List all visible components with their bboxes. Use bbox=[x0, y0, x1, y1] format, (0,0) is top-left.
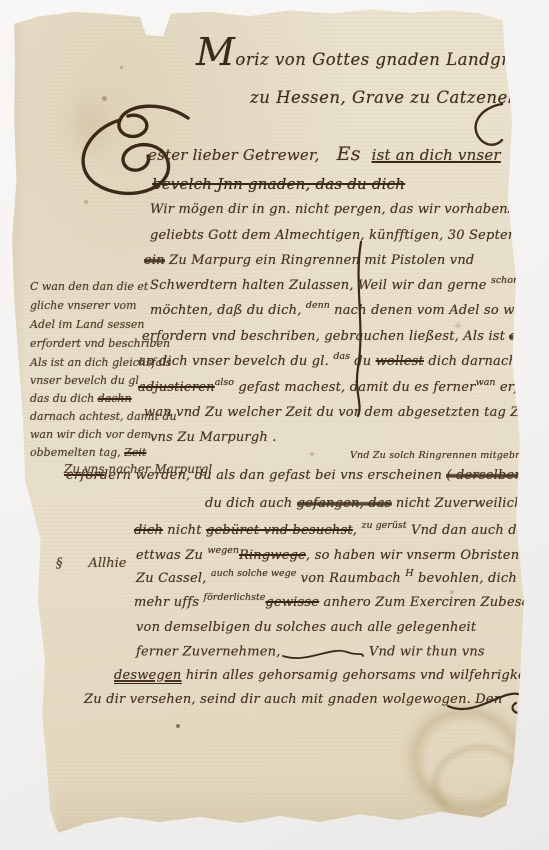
body-text: vns Zu Marpurgh . bbox=[150, 430, 277, 445]
body-text: du dich auch bbox=[205, 496, 297, 511]
header-swash-flourish bbox=[466, 100, 508, 148]
deleted-text: Ringwege bbox=[239, 548, 306, 563]
salutation-line-1: ester lieber Getrewer, Es ist an dich vn… bbox=[148, 143, 501, 165]
closing-flourish bbox=[446, 684, 538, 718]
inserted-text: förderlichste bbox=[204, 592, 266, 603]
ink-speck bbox=[455, 323, 461, 328]
deleted-text: gewisse bbox=[265, 595, 319, 610]
deletion-stroke bbox=[352, 240, 368, 418]
body-text: Zu Marpurg ein Ringrennen mit Pistolen v… bbox=[165, 253, 475, 268]
body-text: ettwas Zu bbox=[136, 548, 207, 563]
body-line: Schwerdtern halten Zulassen, Weil wir da… bbox=[150, 278, 519, 293]
bottom-edge-stain bbox=[55, 775, 505, 835]
water-stain-inner bbox=[414, 727, 541, 837]
margin-text: Als ist an dich gleichsfals bbox=[30, 356, 171, 369]
deleted-text: Zeit bbox=[124, 446, 146, 459]
margin-note-line: Adel im Land sessen bbox=[30, 318, 144, 331]
margin-note-line: darnach achtest, damit du bbox=[30, 410, 177, 423]
deleted-text: wollest bbox=[376, 354, 424, 369]
margin-note-line: Als ist an dich gleichsfals bbox=[30, 356, 171, 369]
margin-text: erfordert vnd beschriben bbox=[30, 337, 170, 350]
margin-mark-word: Allhie bbox=[89, 556, 127, 571]
interline-addition: Vnd Zu solch Ringrennen mitgebrauch bbox=[350, 450, 544, 461]
inserted-text: also bbox=[215, 377, 234, 388]
inserted-text: Vnd Zu solch Ringrennen mitgebrauch bbox=[350, 450, 544, 461]
body-text: anhero Zum Exerciren Zubeschreiben, bbox=[319, 595, 549, 610]
header-initial-m: M bbox=[196, 30, 235, 74]
deleted-text: ist an dich vnser bbox=[372, 146, 501, 164]
body-text: möchten, daß du dich, bbox=[150, 303, 306, 318]
body-text: von demselbigen du solches auch alle gel… bbox=[136, 620, 476, 635]
header-line-1-text: oriz von Gottes gnaden Landgrave bbox=[235, 50, 540, 69]
header-line-1: Moriz von Gottes gnaden Landgrave bbox=[196, 50, 540, 69]
body-text: Schwerdtern halten Zulassen, Weil wir da… bbox=[150, 278, 491, 293]
body-text: mehr uffs bbox=[134, 595, 204, 610]
body-text: erfordern werden, du als dan gefast bei … bbox=[66, 468, 446, 483]
deleted-text: gebüret vnd besuchst bbox=[206, 523, 353, 538]
body-text: hirin alles gehorsamig gehorsams vnd wil… bbox=[182, 668, 536, 683]
body-line: Wir mögen dir in gn. nicht pergen, das w… bbox=[150, 202, 547, 217]
body-text: ferner Zuvernehmen, bbox=[136, 645, 281, 660]
body-line: an dich vnser bevelch du gl. das du woll… bbox=[138, 354, 517, 369]
ink-speck bbox=[102, 96, 107, 101]
body-text: Vnd dan auch derZu bbox=[407, 523, 549, 538]
body-line: dich nicht gebüret vnd besuchst, zu gerü… bbox=[134, 523, 549, 538]
body-text: von Raumbach bbox=[296, 571, 405, 586]
margin-text: obbemelten tag, bbox=[30, 446, 124, 459]
body-text: Zu Cassel, bbox=[136, 571, 211, 586]
inserted-text: H bbox=[405, 568, 413, 579]
margin-text: C wan den dan die et bbox=[30, 280, 148, 293]
deleted-text: ein bbox=[144, 253, 165, 268]
body-line: deswegen hirin alles gehorsamig gehorsam… bbox=[114, 668, 536, 683]
ink-speck bbox=[120, 66, 123, 69]
margin-text: das du dich bbox=[30, 392, 98, 405]
body-line: Zu dir versehen, seind dir auch mit gnad… bbox=[84, 692, 502, 707]
margin-note-line: wan wir dich vor dem bbox=[30, 428, 151, 441]
inserted-text: denn bbox=[306, 300, 330, 311]
body-line: vns Zu Marpurgh . bbox=[150, 430, 277, 445]
body-line: mehr uffs förderlichstegewisse anhero Zu… bbox=[134, 595, 549, 610]
salutation-line-2: bevelch Jnn gnaden, das du dich bbox=[152, 175, 405, 193]
margin-note-line: erfordert vnd beschriben bbox=[30, 337, 170, 350]
body-line: möchten, daß du dich, denn nach denen vo… bbox=[150, 303, 549, 318]
body-line: ettwas Zu wegenRingwege, so haben wir vn… bbox=[136, 548, 548, 563]
inserted-text: schon bbox=[491, 275, 519, 286]
deleted-text: bevelch Jnn gnaden, das du dich bbox=[152, 175, 405, 193]
body-line: du dich auch gefangen, das nicht Zuverwe… bbox=[205, 496, 549, 511]
body-line: geliebts Gott dem Almechtigen, künfftige… bbox=[150, 228, 535, 243]
inserted-text: auch solche wege bbox=[211, 568, 296, 579]
margin-text: Adel im Land sessen bbox=[30, 318, 144, 331]
body-text: Wir mögen dir in gn. nicht pergen, das w… bbox=[150, 202, 547, 217]
margin-text: darnach achtest, damit du bbox=[30, 410, 177, 423]
body-text: wan vnd Zu welcher Zeit du vor dem abges… bbox=[144, 405, 549, 420]
body-line: erfordern werden, du als dan gefast bei … bbox=[66, 468, 549, 483]
margin-note-line: C wan den dan die et bbox=[30, 280, 148, 293]
deleted-text: deswegen bbox=[114, 668, 182, 684]
salutation-text: ester lieber Getrewer, bbox=[148, 146, 320, 164]
body-line: wan vnd Zu welcher Zeit du vor dem abges… bbox=[144, 405, 549, 420]
body-line: von demselbigen du solches auch alle gel… bbox=[136, 620, 476, 635]
margin-note-line: vnser bevelch du gl bbox=[30, 374, 139, 387]
body-text: nicht bbox=[163, 523, 206, 538]
margin-note-line: obbemelten tag, Zeit bbox=[30, 446, 146, 459]
section-mark: § bbox=[56, 556, 63, 571]
salutation-es: Es bbox=[337, 143, 361, 165]
margin-text: wan wir dich vor dem bbox=[30, 428, 151, 441]
ink-speck bbox=[176, 724, 180, 728]
deleted-text: adjustieren bbox=[138, 380, 215, 395]
body-line: ferner Zuvernehmen, Vnd wir thun vns bbox=[136, 644, 485, 660]
margin-mark: §Allhie bbox=[56, 556, 126, 571]
mid-line-flourish bbox=[281, 644, 365, 660]
deleted-text: dich bbox=[134, 523, 163, 538]
deleted-text: dachn bbox=[98, 392, 132, 405]
manuscript-paper: Moriz von Gottes gnaden Landgrave zu Hes… bbox=[0, 0, 549, 850]
body-line: Zu Cassel, auch solche wege von Raumbach… bbox=[136, 571, 549, 586]
inserted-text: wan bbox=[476, 377, 496, 388]
body-text: , so haben wir vnserm Obristen vnd bbox=[306, 548, 548, 563]
margin-text: vnser bevelch du gl bbox=[30, 374, 139, 387]
deleted-text: ( derselben mögest bbox=[446, 468, 549, 483]
body-text: geliebts Gott dem Almechtigen, künfftige… bbox=[150, 228, 535, 243]
ink-speck bbox=[450, 590, 454, 594]
deleted-text: demnach bbox=[509, 329, 549, 344]
inserted-text: wegen bbox=[207, 545, 239, 556]
inserted-text: das bbox=[333, 351, 350, 362]
body-line: ein Zu Marpurg ein Ringrennen mit Pistol… bbox=[144, 253, 474, 268]
body-text: dich darnach bbox=[424, 354, 517, 369]
body-text: erfordern vnd beschriben, gebrauchen lie… bbox=[142, 329, 509, 344]
body-text: erfindest bbox=[495, 380, 549, 395]
body-text: bevohlen, dich vnd andere bbox=[414, 571, 549, 586]
body-text: Vnd wir thun vns bbox=[365, 645, 485, 660]
margin-note-line: das du dich dachn bbox=[30, 392, 132, 405]
deleted-text: gefangen, das bbox=[297, 496, 392, 511]
body-text: Zu dir versehen, seind dir auch mit gnad… bbox=[84, 692, 502, 707]
margin-note-line: gliche vnserer vom bbox=[30, 299, 137, 312]
body-line: erfordern vnd beschriben, gebrauchen lie… bbox=[142, 329, 549, 344]
inserted-text: zu gerüst bbox=[361, 520, 406, 531]
body-text: nicht Zuverweilich, das bbox=[392, 496, 549, 511]
margin-text: gliche vnserer vom bbox=[30, 299, 137, 312]
body-line: adjustierenalso gefast machest, damit du… bbox=[138, 380, 549, 395]
ink-speck bbox=[310, 452, 314, 456]
inserted-text: gleichergestalt bbox=[530, 300, 549, 311]
photo-backdrop: Moriz von Gottes gnaden Landgrave zu Hes… bbox=[0, 0, 549, 850]
